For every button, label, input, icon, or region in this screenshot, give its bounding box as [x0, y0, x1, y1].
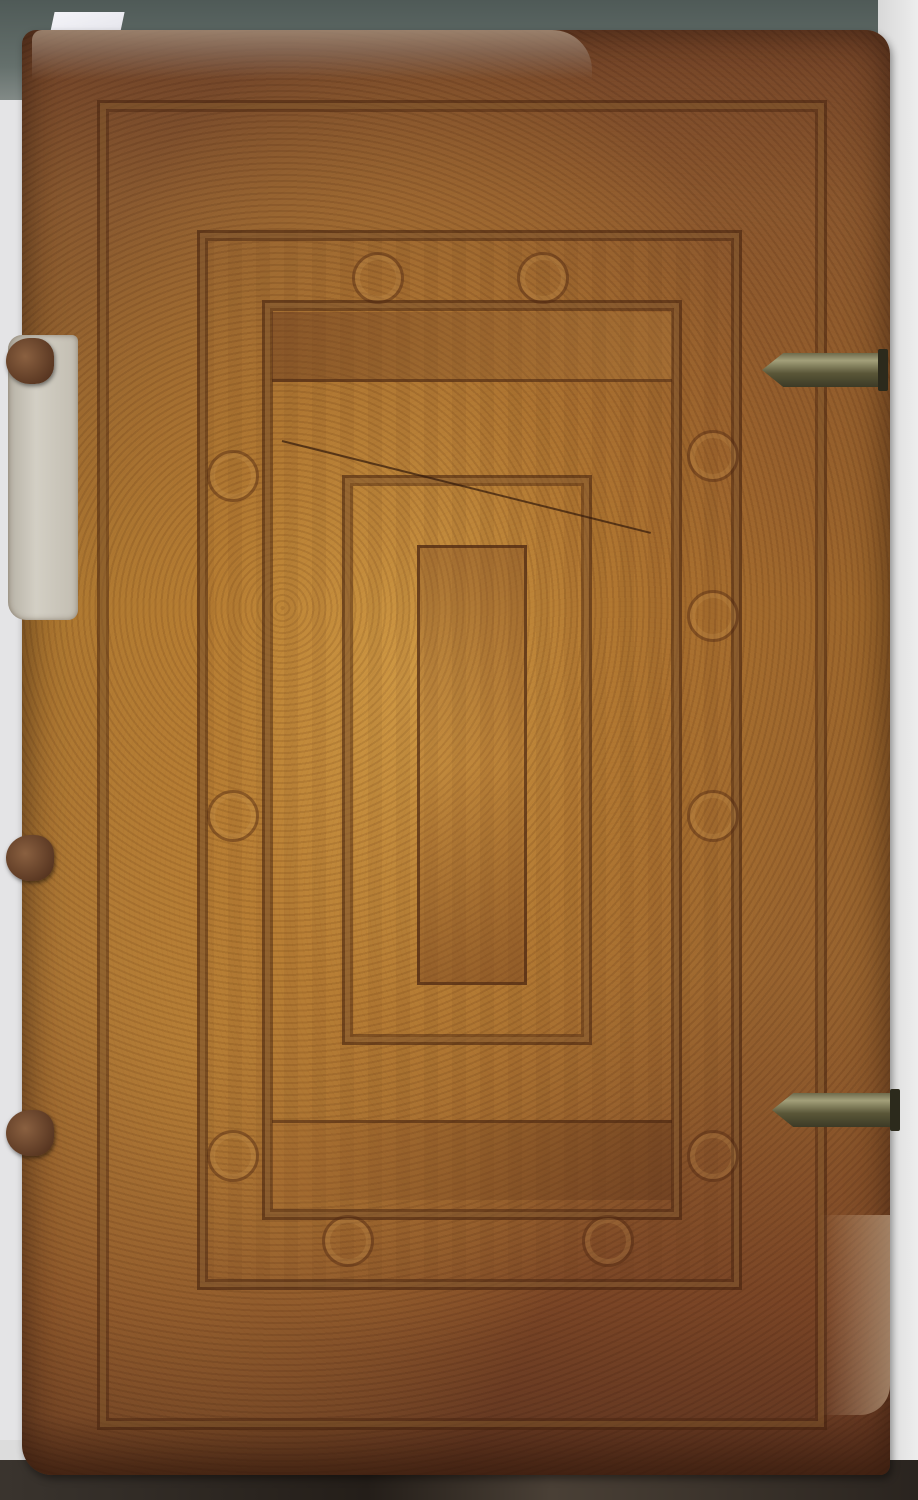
medallion-ornament: [207, 1130, 259, 1182]
book-cover: [22, 30, 890, 1475]
top-edge-wear: [32, 30, 592, 80]
corner-wear: [820, 1215, 890, 1415]
clasp-hinge-lower: [890, 1089, 900, 1131]
medallion-ornament: [687, 590, 739, 642]
medallion-ornament: [207, 450, 259, 502]
spine-band: [6, 338, 54, 384]
medallion-ornament: [582, 1215, 634, 1267]
medallion-ornament: [687, 790, 739, 842]
clasp-hinge-upper: [878, 349, 888, 391]
medallion-ornament: [352, 252, 404, 304]
medallion-ornament: [207, 790, 259, 842]
bottom-edge-shadow: [22, 1415, 890, 1475]
brass-clasp-upper: [762, 353, 880, 387]
spine-band: [6, 835, 54, 881]
spine-band: [6, 1110, 54, 1156]
brass-clasp-lower: [772, 1093, 890, 1127]
medallion-ornament: [517, 252, 569, 304]
central-panel: [417, 545, 527, 985]
foot-band-panel: [272, 1120, 672, 1200]
medallion-ornament: [322, 1215, 374, 1267]
head-band-panel: [272, 312, 672, 382]
medallion-ornament: [687, 1130, 739, 1182]
medallion-ornament: [687, 430, 739, 482]
